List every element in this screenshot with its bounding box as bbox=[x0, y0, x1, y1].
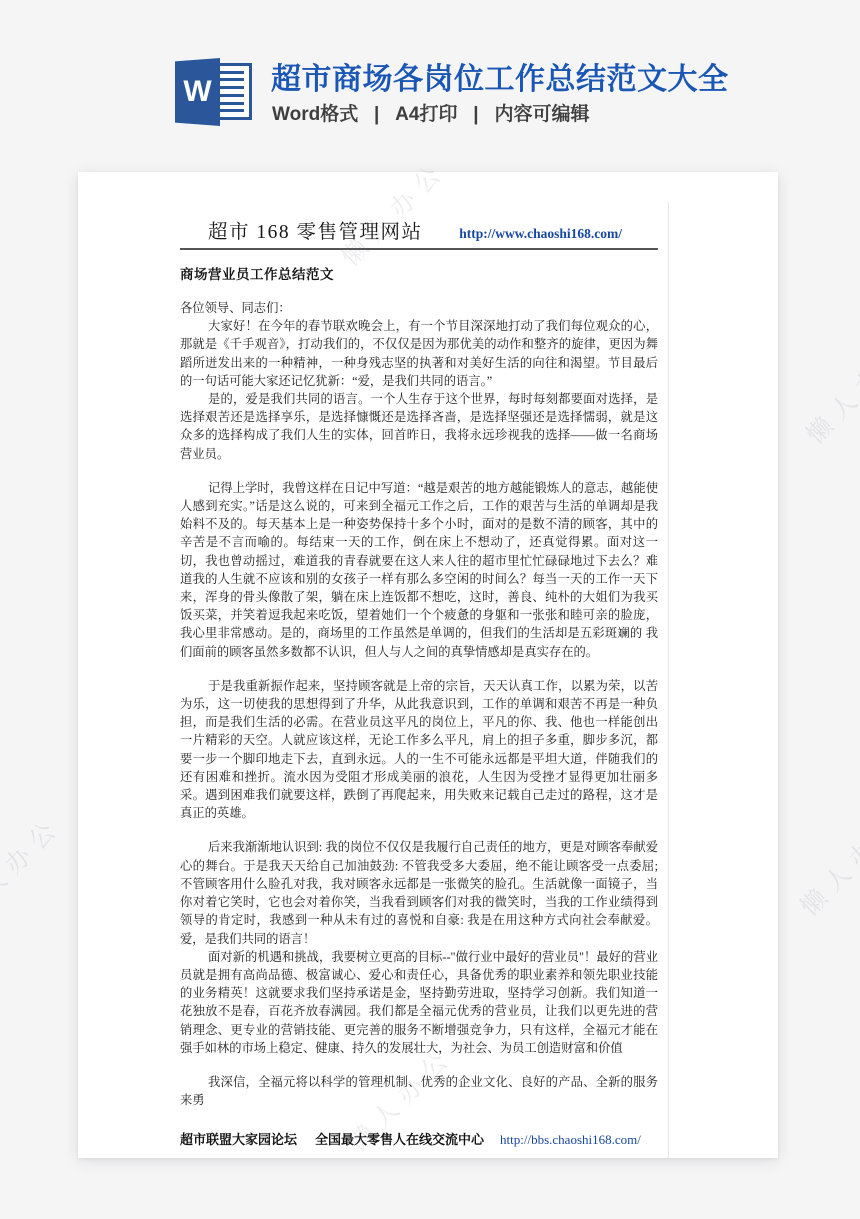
document-preview-card: 超市 168 零售管理网站 http://www.chaoshi168.com/… bbox=[78, 172, 778, 1158]
page-subtitle: Word格式 | A4打印 | 内容可编辑 bbox=[272, 99, 589, 126]
paragraph-list: 大家好！在今年的春节联欢晚会上，有一个节目深深地打动了我们每位观众的心，那就是《… bbox=[180, 317, 658, 1109]
paragraph: 于是我重新振作起来，坚持顾客就是上帝的宗旨，天天认真工作，以累为荣，以苦为乐，这… bbox=[180, 677, 658, 823]
watermark: 懒人办公 bbox=[797, 329, 860, 451]
document-title: 商场营业员工作总结范文 bbox=[180, 263, 658, 283]
watermark: 懒人办公 bbox=[791, 801, 860, 923]
footer-forum-tagline: 全国最大零售人在线交流中心 bbox=[315, 1129, 484, 1148]
word-icon-letter: W bbox=[183, 77, 211, 107]
greeting-line: 各位领导、同志们： bbox=[180, 299, 658, 317]
footer-url-link[interactable]: http://bbs.chaoshi168.com/ bbox=[500, 1132, 641, 1148]
word-icon: W bbox=[175, 58, 253, 126]
paragraph: 我深信，全福元将以科学的管理机制、优秀的企业文化、良好的产品、全新的服务来勇 bbox=[180, 1073, 658, 1109]
paragraph: 记得上学时，我曾这样在日记中写道：“越是艰苦的地方越能锻炼人的意志，越能使人感到… bbox=[180, 479, 658, 661]
footer-forum-name: 超市联盟大家园论坛 bbox=[180, 1129, 297, 1148]
page-title: 超市商场各岗位工作总结范文大全 bbox=[271, 54, 729, 98]
document-footer: 超市联盟大家园论坛 全国最大零售人在线交流中心 http://bbs.chaos… bbox=[180, 1129, 658, 1148]
watermark: 懒人办公 bbox=[0, 807, 69, 929]
site-url-link[interactable]: http://www.chaoshi168.com/ bbox=[459, 226, 622, 242]
site-name: 超市 168 零售管理网站 bbox=[208, 216, 423, 244]
document-site-header: 超市 168 零售管理网站 http://www.chaoshi168.com/ bbox=[180, 216, 658, 244]
paragraph: 面对新的机遇和挑战，我要树立更高的目标--"做行业中最好的营业员"！最好的营业员… bbox=[180, 948, 658, 1057]
paragraph: 大家好！在今年的春节联欢晚会上，有一个节目深深地打动了我们每位观众的心，那就是《… bbox=[180, 317, 658, 390]
header-divider bbox=[180, 248, 658, 250]
document-content: 超市 168 零售管理网站 http://www.chaoshi168.com/… bbox=[180, 216, 658, 1148]
paragraph: 后来我渐渐地认识到: 我的岗位不仅仅是我履行自己责任的地方，更是对顾客奉献爱心的… bbox=[180, 838, 658, 947]
paragraph: 是的，爱是我们共同的语言。一个人生存于这个世界，每时每刻都要面对选择，是选择艰苦… bbox=[180, 390, 658, 463]
word-icon-cover: W bbox=[175, 58, 220, 126]
